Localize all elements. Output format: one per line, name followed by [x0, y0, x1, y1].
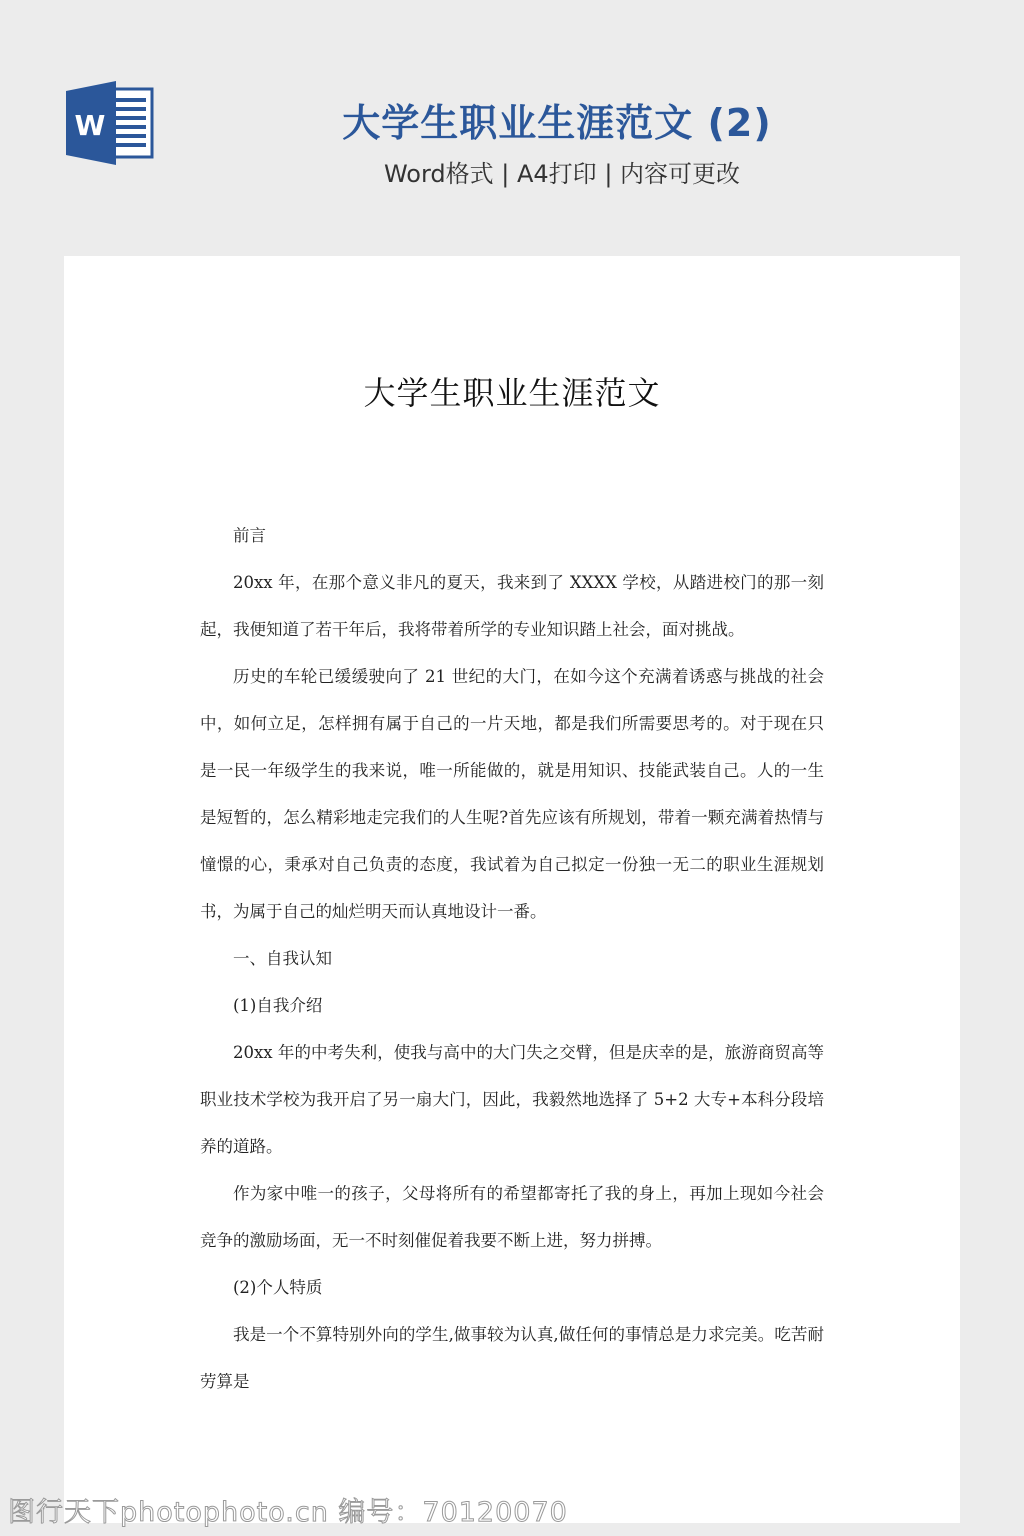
document-body: 前言 20xx 年，在那个意义非凡的夏天，我来到了 XXXX 学校，从踏进校门的…	[200, 512, 824, 1405]
header-title: 大学生职业生涯范文 (2)	[0, 92, 1024, 147]
paragraph: 历史的车轮已缓缓驶向了 21 世纪的大门，在如今这个充满着诱惑与挑战的社会中，如…	[200, 653, 824, 935]
watermark: 图行天下photophoto.cn 编号：70120070	[8, 1490, 568, 1529]
subsection-heading: (1)自我介绍	[200, 982, 824, 1029]
paragraph-preface-heading: 前言	[200, 512, 824, 559]
document-page: 大学生职业生涯范文 前言 20xx 年，在那个意义非凡的夏天，我来到了 XXXX…	[64, 256, 960, 1523]
document-title: 大学生职业生涯范文	[64, 368, 960, 414]
paragraph: 20xx 年的中考失利，使我与高中的大门失之交臂，但是庆幸的是，旅游商贸高等职业…	[200, 1029, 824, 1170]
section-heading: 一、自我认知	[200, 935, 824, 982]
paragraph: 作为家中唯一的孩子，父母将所有的希望都寄托了我的身上，再加上现如今社会竞争的激励…	[200, 1170, 824, 1264]
paragraph: 20xx 年，在那个意义非凡的夏天，我来到了 XXXX 学校，从踏进校门的那一刻…	[200, 559, 824, 653]
header-subtitle: Word格式 | A4打印 | 内容可更改	[0, 154, 1024, 189]
paragraph: 我是一个不算特别外向的学生,做事较为认真,做任何的事情总是力求完美。吃苦耐劳算是	[200, 1311, 824, 1405]
subsection-heading: (2)个人特质	[200, 1264, 824, 1311]
